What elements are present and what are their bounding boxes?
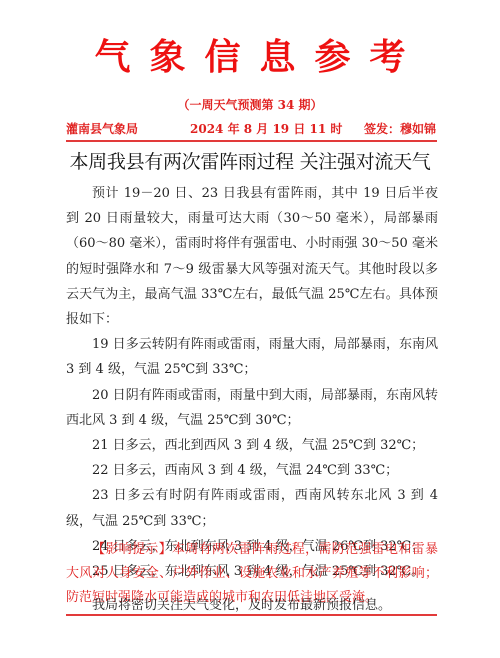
daily-forecast-21: 21 日多云，西北到西风 3 到 4 级，气温 25℃到 32℃； (66, 433, 438, 458)
issue-number: （一周天气预测第 34 期） (0, 97, 500, 113)
daily-forecast-22: 22 日多云，西南风 3 到 4 级，气温 24℃到 33℃； (66, 458, 438, 483)
bottom-divider (66, 614, 437, 616)
closing-text: 我局将密切关注天气变化，及时发布最新预报信息。 (66, 596, 438, 616)
headline: 本周我县有两次雷阵雨过程 关注强对流天气 (0, 149, 500, 175)
daily-forecast-19: 19 日多云转阴有阵雨或雷雨，雨量大雨，局部暴雨，东南风 3 到 4 级，气温 … (66, 332, 438, 382)
daily-forecast-20: 20 日阴有阵雨或雷雨，雨量中到大雨，局部暴雨，东南风转西北风 3 到 4 级，… (66, 383, 438, 433)
daily-forecast-23: 23 日多云有时阴有阵雨或雷雨，西南风转东北风 3 到 4 级，气温 25℃到 … (66, 483, 438, 533)
issuing-office: 灌南县气象局 (66, 121, 138, 137)
meta-row: 灌南县气象局 2024 年 8 月 19 日 11 时 签发：穆如锦 (66, 121, 436, 137)
closing-note: 我局将密切关注天气变化，及时发布最新预报信息。 (66, 596, 438, 616)
masthead-title: 气象信息参考 (0, 38, 500, 78)
summary-paragraph: 预计 19－20 日、23 日我县有雷阵雨，其中 19 日后半夜到 20 日雨量… (66, 181, 438, 332)
top-divider (66, 140, 437, 142)
issue-date: 2024 年 8 月 19 日 11 时 (190, 121, 342, 137)
signer: 签发：穆如锦 (364, 121, 436, 137)
forecast-body: 预计 19－20 日、23 日我县有雷阵雨，其中 19 日后半夜到 20 日雨量… (66, 181, 438, 584)
